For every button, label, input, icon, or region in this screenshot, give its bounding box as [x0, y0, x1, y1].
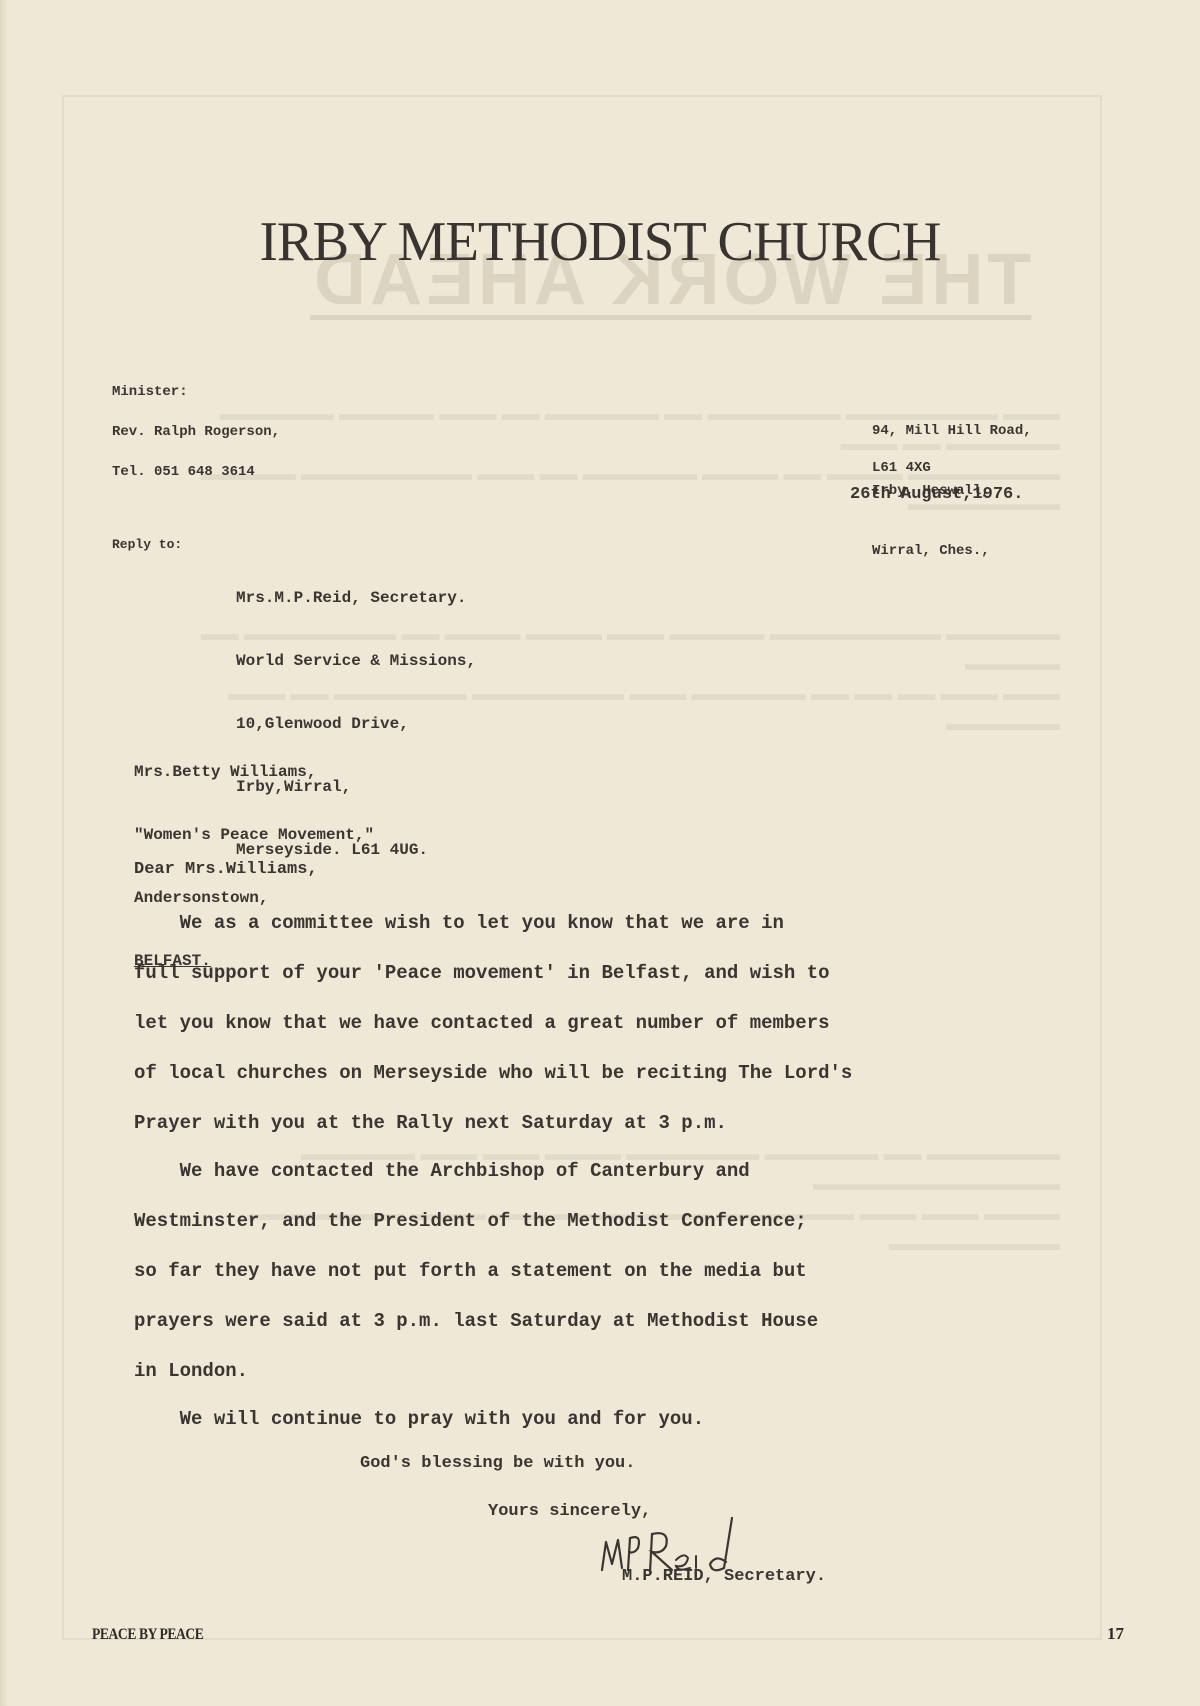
body-line: so far they have not put forth a stateme…	[134, 1260, 807, 1282]
body-line: in London.	[134, 1360, 248, 1382]
body-line: let you know that we have contacted a gr…	[134, 1012, 830, 1034]
page-edge	[0, 0, 8, 1706]
body-line: of local churches on Merseyside who will…	[134, 1062, 852, 1084]
body-line: prayers were said at 3 p.m. last Saturda…	[134, 1310, 818, 1332]
footer-publication-name: PEACE BY PEACE	[92, 1626, 203, 1644]
church-postcode: L61 4XG	[872, 460, 931, 476]
recipient-line: Andersonstown,	[134, 888, 374, 909]
body-line: We will continue to pray with you and fo…	[134, 1408, 704, 1430]
reply-to-label: Reply to:	[112, 537, 182, 552]
body-line: Westminster, and the President of the Me…	[134, 1210, 807, 1232]
body-line: We as a committee wish to let you know t…	[134, 912, 784, 934]
minister-label: Minister:	[112, 378, 188, 406]
recipient-address: Mrs.Betty Williams, "Women's Peace Movem…	[134, 720, 374, 993]
footer-page-number: 17	[1107, 1624, 1124, 1644]
recipient-line: "Women's Peace Movement,"	[134, 825, 374, 846]
church-address: 94, Mill Hill Road, Irby, Heswall, Wirra…	[872, 381, 1032, 581]
minister-name: Rev. Ralph Rogerson,	[112, 418, 280, 446]
letter-date: 26th August,1976.	[850, 485, 1023, 504]
blessing: God's blessing be with you.	[360, 1454, 635, 1473]
signatory: M.P.REID, Secretary.	[622, 1567, 826, 1586]
church-address-line: 94, Mill Hill Road,	[872, 421, 1032, 441]
salutation: Dear Mrs.Williams,	[134, 860, 318, 879]
recipient-line: Mrs.Betty Williams,	[134, 762, 374, 783]
body-line: We have contacted the Archbishop of Cant…	[134, 1160, 750, 1182]
church-address-line: Wirral, Ches.,	[872, 541, 1032, 561]
body-line: Prayer with you at the Rally next Saturd…	[134, 1112, 727, 1134]
reply-to-line: World Service & Missions,	[236, 651, 476, 672]
letterhead-title: IRBY METHODIST CHURCH	[12, 210, 1188, 274]
reply-to-line: Mrs.M.P.Reid, Secretary.	[236, 588, 476, 609]
body-line: full support of your 'Peace movement' in…	[134, 962, 830, 984]
minister-telephone: Tel. 051 648 3614	[112, 458, 255, 486]
